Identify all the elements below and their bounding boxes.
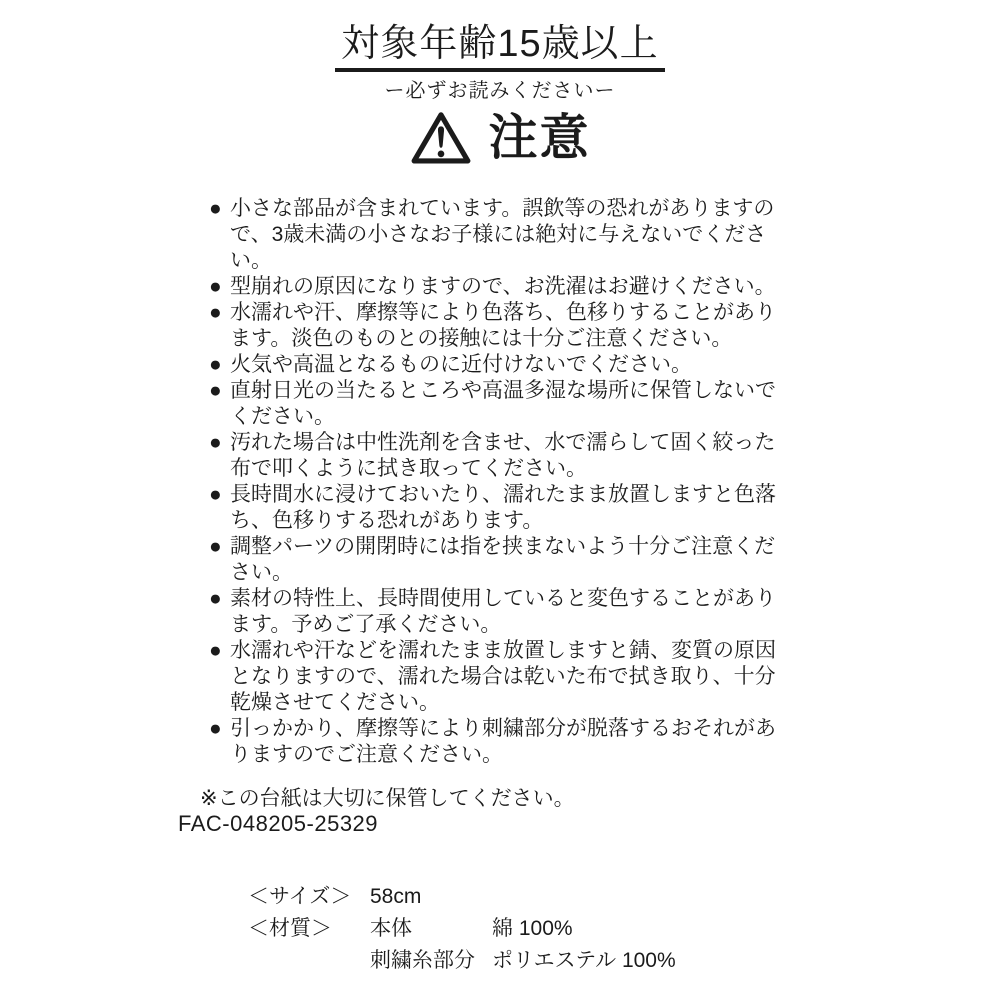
bullet-icon: ● bbox=[209, 482, 230, 508]
warning-text: 小さな部品が含まれています。誤飲等の恐れがありますので、3歳未満の小さなお子様に… bbox=[230, 196, 781, 274]
specs-table: ＜サイズ＞ 58cm ＜材質＞ 本体 綿 100% 刺繍糸部分 ポリエステル 1… bbox=[248, 881, 676, 977]
warning-item: ● 型崩れの原因になりますので、お洗濯はお避けください。 bbox=[209, 274, 787, 300]
bullet-icon: ● bbox=[209, 430, 230, 456]
material-composition: 綿 100% bbox=[492, 913, 573, 945]
spec-row-size: ＜サイズ＞ 58cm bbox=[248, 881, 676, 913]
warning-text: 調整パーツの開閉時には指を挟まないよう十分ご注意ください。 bbox=[230, 534, 781, 586]
bullet-icon: ● bbox=[209, 378, 230, 404]
warning-text: 汚れた場合は中性洗剤を含ませ、水で濡らして固く絞った布で叩くように拭き取ってくだ… bbox=[230, 430, 781, 482]
material-label: ＜材質＞ bbox=[248, 913, 370, 945]
keep-card-note: ※この台紙は大切に保管してください。 bbox=[200, 786, 575, 811]
warning-item: ● 水濡れや汗、摩擦等により色落ち、色移りすることがあります。淡色のものとの接触… bbox=[209, 300, 787, 352]
bullet-icon: ● bbox=[209, 274, 230, 300]
bullet-icon: ● bbox=[209, 716, 230, 742]
bullet-icon: ● bbox=[209, 352, 230, 378]
warnings-list: ● 小さな部品が含まれています。誤飲等の恐れがありますので、3歳未満の小さなお子… bbox=[209, 196, 787, 768]
read-note: ー必ずお読みくださいー bbox=[0, 79, 1000, 103]
warning-item: ● 引っかかり、摩擦等により刺繍部分が脱落するおそれがありますのでご注意ください… bbox=[209, 716, 787, 768]
warning-item: ● 汚れた場合は中性洗剤を含ませ、水で濡らして固く絞った布で叩くように拭き取って… bbox=[209, 430, 787, 482]
header: 対象年齢15歳以上 ー必ずお読みくださいー 注意 bbox=[0, 0, 1000, 169]
warning-text: 長時間水に浸けておいたり、濡れたまま放置しますと色落ち、色移りする恐れがあります… bbox=[230, 482, 781, 534]
warning-card-page: 対象年齢15歳以上 ー必ずお読みくださいー 注意 ● 小さな部品が含まれています… bbox=[0, 0, 1000, 1000]
spec-row-material-2: 刺繍糸部分 ポリエステル 100% bbox=[248, 945, 676, 977]
bullet-icon: ● bbox=[209, 638, 230, 664]
spec-row-material-1: ＜材質＞ 本体 綿 100% bbox=[248, 913, 676, 945]
bullet-icon: ● bbox=[209, 534, 230, 560]
warning-item: ● 直射日光の当たるところや高温多湿な場所に保管しないでください。 bbox=[209, 378, 787, 430]
age-notice-title: 対象年齢15歳以上 bbox=[335, 22, 664, 72]
warning-text: 水濡れや汗、摩擦等により色落ち、色移りすることがあります。淡色のものとの接触には… bbox=[230, 300, 781, 352]
warning-text: 直射日光の当たるところや高温多湿な場所に保管しないでください。 bbox=[230, 378, 781, 430]
bullet-icon: ● bbox=[209, 586, 230, 612]
warning-text: 水濡れや汗などを濡れたまま放置しますと錆、変質の原因となりますので、濡れた場合は… bbox=[230, 638, 781, 716]
bullet-icon: ● bbox=[209, 196, 230, 222]
product-code: FAC-048205-25329 bbox=[178, 811, 378, 837]
warning-text: 引っかかり、摩擦等により刺繍部分が脱落するおそれがありますのでご注意ください。 bbox=[230, 716, 781, 768]
caution-title: 注意 bbox=[488, 114, 590, 163]
size-label: ＜サイズ＞ bbox=[248, 881, 370, 913]
material-part: 本体 bbox=[370, 913, 492, 945]
bullet-icon: ● bbox=[209, 300, 230, 326]
warning-item: ● 火気や高温となるものに近付けないでください。 bbox=[209, 352, 787, 378]
material-composition: ポリエステル 100% bbox=[492, 945, 676, 977]
warning-text: 火気や高温となるものに近付けないでください。 bbox=[230, 352, 781, 378]
material-part: 刺繍糸部分 bbox=[370, 945, 492, 977]
warning-text: 素材の特性上、長時間使用していると変色することがあります。予めご了承ください。 bbox=[230, 586, 781, 638]
size-value: 58cm bbox=[370, 881, 492, 913]
warning-text: 型崩れの原因になりますので、お洗濯はお避けください。 bbox=[230, 274, 781, 300]
warning-item: ● 素材の特性上、長時間使用していると変色することがあります。予めご了承ください… bbox=[209, 586, 787, 638]
warning-item: ● 水濡れや汗などを濡れたまま放置しますと錆、変質の原因となりますので、濡れた場… bbox=[209, 638, 787, 716]
warning-item: ● 調整パーツの開閉時には指を挟まないよう十分ご注意ください。 bbox=[209, 534, 787, 586]
warning-item: ● 小さな部品が含まれています。誤飲等の恐れがありますので、3歳未満の小さなお子… bbox=[209, 196, 787, 274]
warning-triangle-icon bbox=[409, 108, 473, 169]
caution-heading: 注意 bbox=[0, 108, 1000, 169]
warning-item: ● 長時間水に浸けておいたり、濡れたまま放置しますと色落ち、色移りする恐れがあり… bbox=[209, 482, 787, 534]
